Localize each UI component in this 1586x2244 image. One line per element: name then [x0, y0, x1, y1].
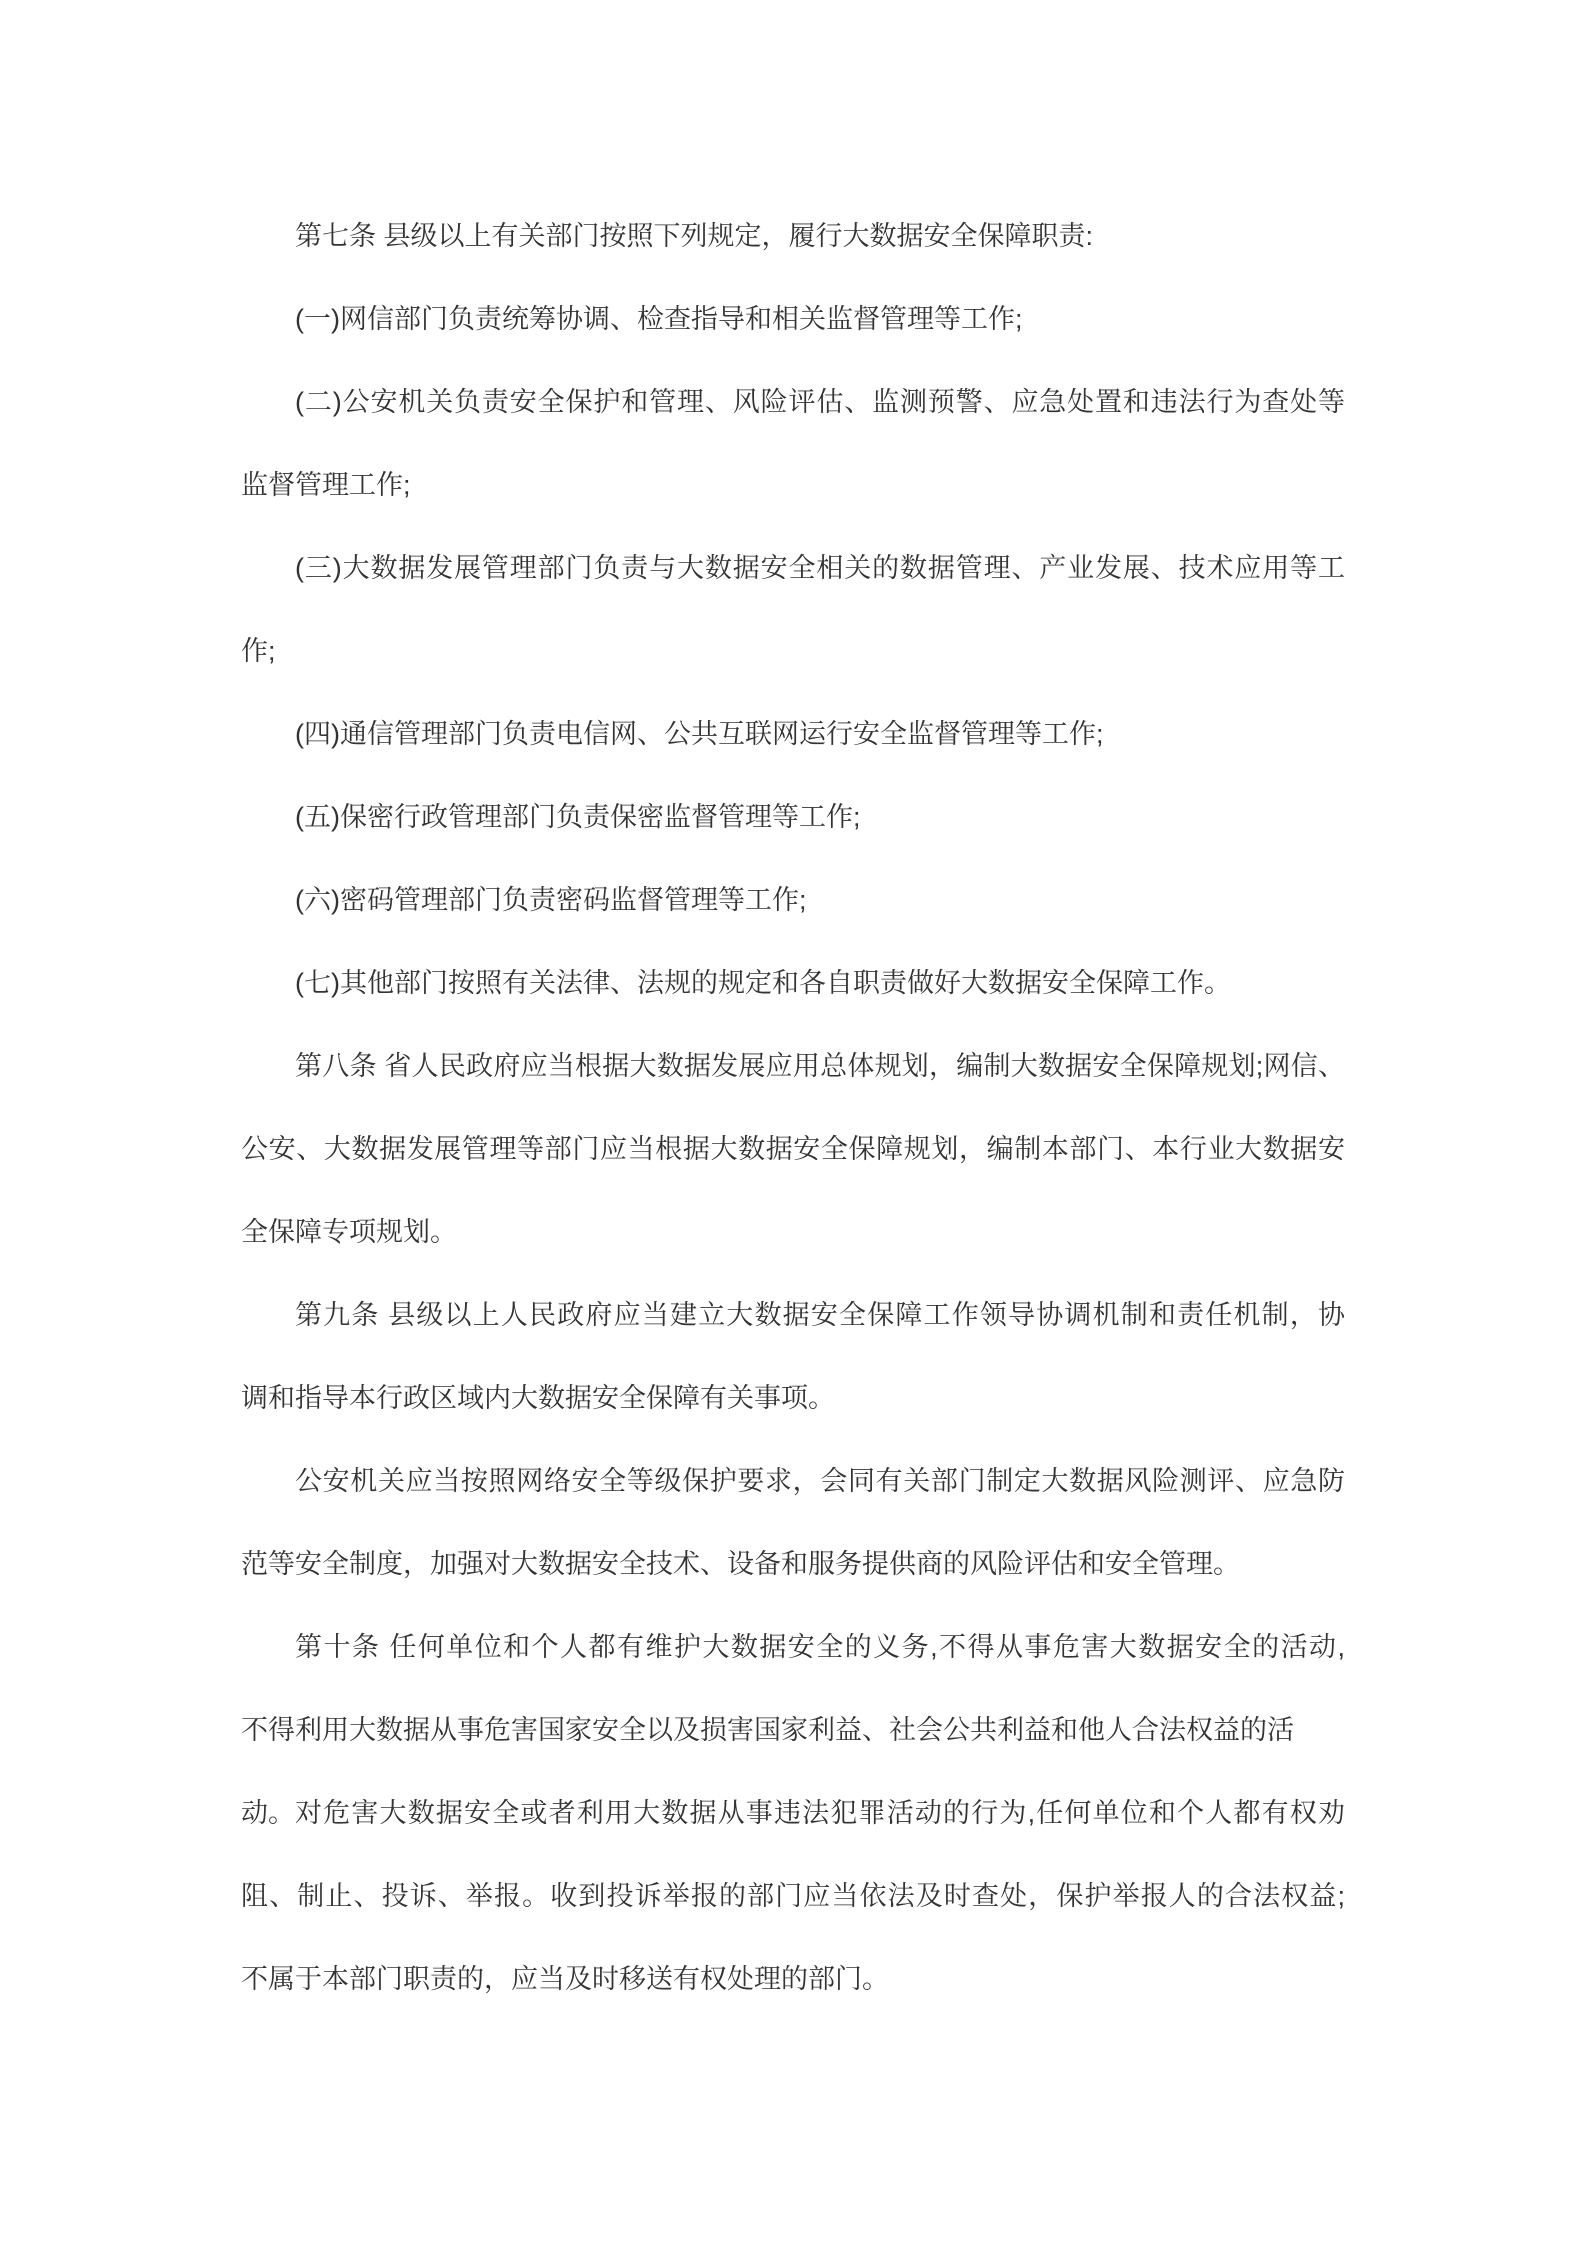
text-line: 第九条 县级以上人民政府应当建立大数据安全保障工作领导协调机制和责任机制，协 — [241, 1274, 1345, 1357]
text-line: 对危害大数据安全或者利用大数据从事违法犯罪活动的行为,任何单位和个人都有权劝 — [241, 1772, 1345, 1855]
text-line: 第七条 县级以上有关部门按照下列规定，履行大数据安全保障职责: — [241, 195, 1345, 278]
text-line: (一)网信部门负责统筹协调、检查指导和相关监督管理等工作; — [241, 278, 1345, 361]
text-line: (七)其他部门按照有关法律、法规的规定和各自职责做好大数据安全保障工作。 — [241, 942, 1345, 1025]
text-line: (六)密码管理部门负责密码监督管理等工作; — [241, 859, 1345, 942]
text-line: (二)公安机关负责安全保护和管理、风险评估、监测预警、应急处置和违法行为查处等 — [241, 361, 1345, 444]
text-line: 第八条 省人民政府应当根据大数据发展应用总体规划，编制大数据安全保障规划;网信、 — [241, 1025, 1345, 1108]
text-line: 第十条 任何单位和个人都有维护大数据安全的义务,不得从事危害大数据安全的活动, — [241, 1606, 1345, 1689]
text-line: 不得利用大数据从事危害国家安全以及损害国家利益、社会公共利益和他人合法权益的活动… — [241, 1689, 1345, 1772]
text-line: (四)通信管理部门负责电信网、公共互联网运行安全监督管理等工作; — [241, 693, 1345, 776]
text-line: 公安、大数据发展管理等部门应当根据大数据安全保障规划，编制本部门、本行业大数据安 — [241, 1108, 1345, 1191]
text-line: (三)大数据发展管理部门负责与大数据安全相关的数据管理、产业发展、技术应用等工 — [241, 527, 1345, 610]
text-line: 调和指导本行政区域内大数据安全保障有关事项。 — [241, 1357, 1345, 1440]
text-line: 不属于本部门职责的，应当及时移送有权处理的部门。 — [241, 1938, 1345, 2021]
text-line: 公安机关应当按照网络安全等级保护要求，会同有关部门制定大数据风险测评、应急防 — [241, 1440, 1345, 1523]
text-line: 全保障专项规划。 — [241, 1191, 1345, 1274]
text-line: 阻、制止、投诉、举报。收到投诉举报的部门应当依法及时查处，保护举报人的合法权益; — [241, 1855, 1345, 1938]
document-body: 第七条 县级以上有关部门按照下列规定，履行大数据安全保障职责:(一)网信部门负责… — [241, 195, 1345, 2021]
text-line: 范等安全制度，加强对大数据安全技术、设备和服务提供商的风险评估和安全管理。 — [241, 1523, 1345, 1606]
text-line: (五)保密行政管理部门负责保密监督管理等工作; — [241, 776, 1345, 859]
text-line: 作; — [241, 610, 1345, 693]
text-line: 监督管理工作; — [241, 444, 1345, 527]
